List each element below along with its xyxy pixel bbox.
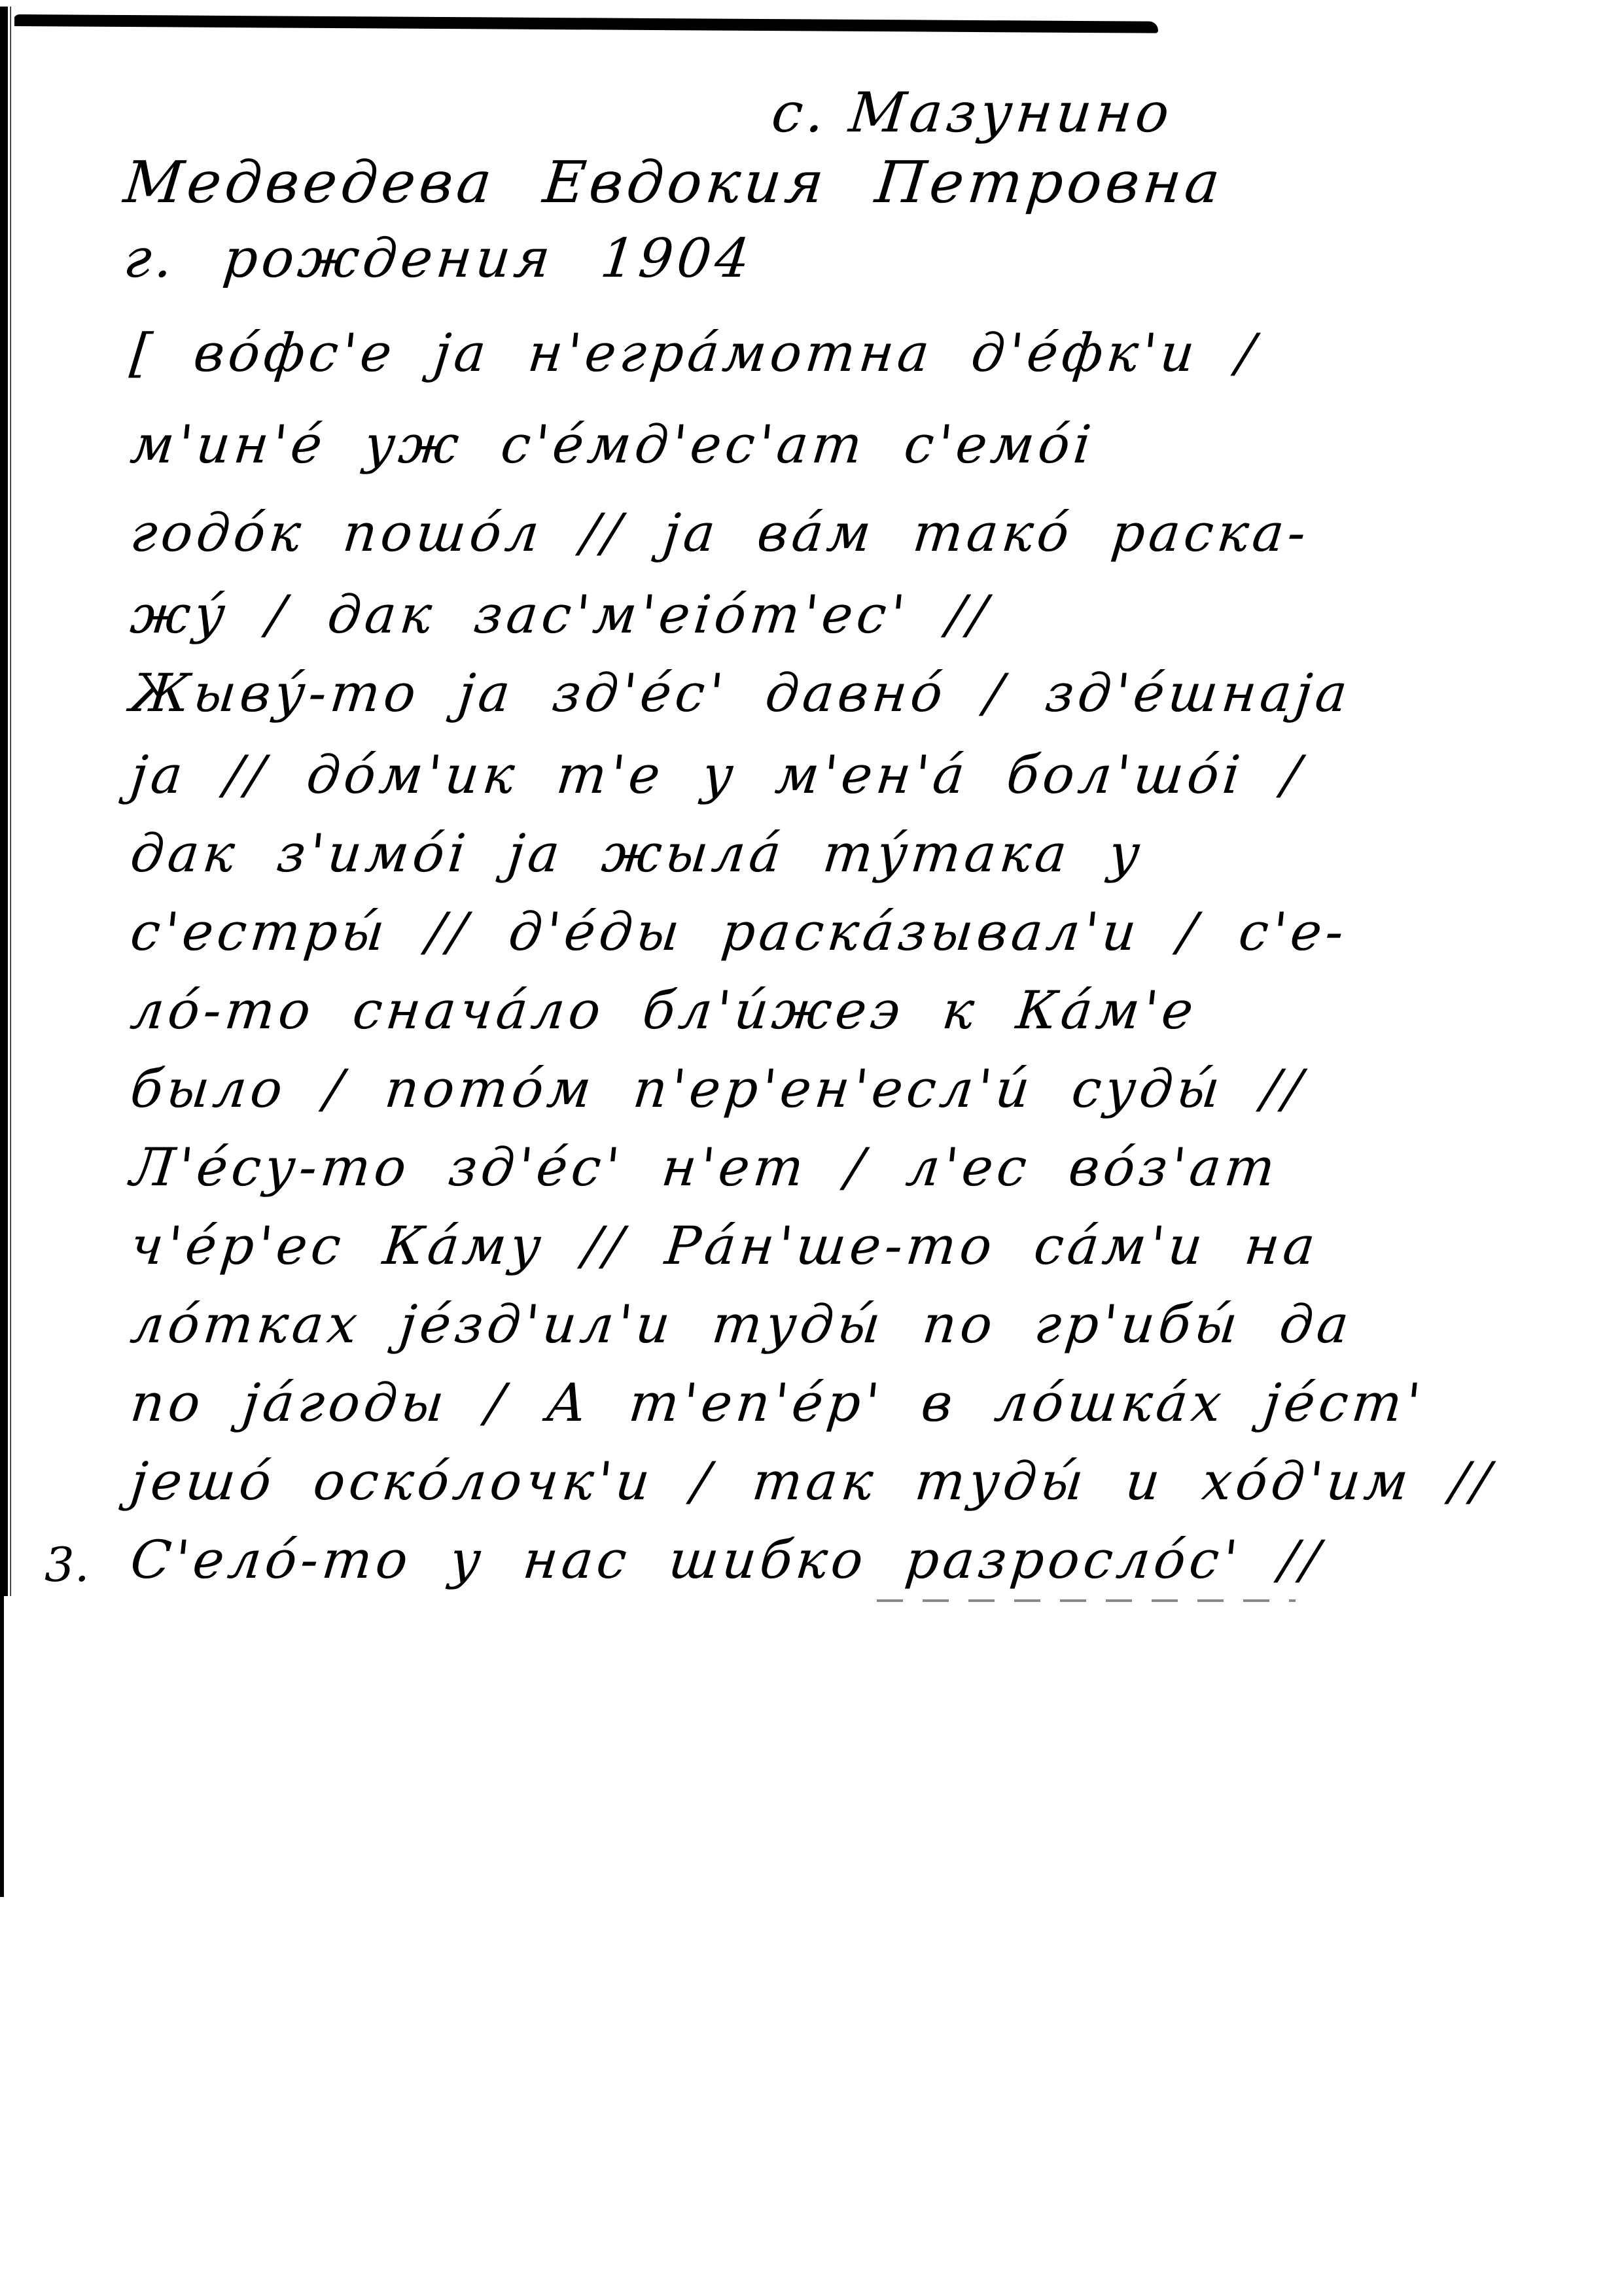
transcript-line: жу́ / дак зас'м'еіо́т'ес' // bbox=[128, 589, 993, 641]
transcript-line: Жыву́-то ја зд'е́с' давно́ / зд'е́шнаја bbox=[128, 667, 1354, 720]
transcript-line: дак з'имо́і ја жыла́ ту́така у bbox=[128, 827, 1146, 880]
transcript-line: С'ело́-то у нас шибко разросло́с' // bbox=[128, 1534, 1326, 1586]
scan-dashes bbox=[877, 1599, 1296, 1602]
transcript-line: ло́-то снача́ло бл'и́жеэ к Ка́м'е bbox=[128, 984, 1199, 1037]
scanned-page: с. Мазунино Медведева Евдокия Петровна г… bbox=[0, 0, 1607, 2296]
transcript-line: јешо́ оско́лочк'и / так туды́ и хо́д'им … bbox=[128, 1455, 1496, 1508]
transcript-line: м'ин'е́ уж с'е́мд'ес'ат с'емо́і bbox=[128, 419, 1097, 471]
transcript-line: с'естры́ // д'е́ды раска́зывал'и / с'е- bbox=[128, 906, 1350, 958]
birth-year: г. рождения 1904 bbox=[122, 232, 756, 286]
village-heading: с. Мазунино bbox=[769, 85, 1176, 140]
informant-name: Медведева Евдокия Петровна bbox=[121, 154, 1226, 211]
scan-left-edge-line bbox=[0, 1590, 4, 1897]
transcript-line: годо́к пошо́л // ја ва́м тако́ раска- bbox=[128, 507, 1312, 559]
transcript-line: [ во́фс'е ја н'егра́мотна д'е́фк'и / bbox=[128, 327, 1262, 379]
scan-top-edge-shadow bbox=[13, 14, 1158, 33]
transcript-line: ч'е́р'ес Ка́му // Ра́н'ше-то са́м'и на bbox=[128, 1220, 1321, 1272]
transcript-line: по ја́годы / А т'еп'е́р' в ло́шка́х је́с… bbox=[128, 1377, 1427, 1429]
transcript-line: ја // до́м'ик т'е у м'ен'а́ бол'шо́і / bbox=[128, 749, 1307, 801]
scan-left-edge-shadow bbox=[0, 7, 14, 1596]
transcript-line: было / пото́м п'ер'ен'есл'и́ суды́ // bbox=[128, 1063, 1308, 1115]
margin-number: 3. bbox=[44, 1537, 90, 1592]
transcript-line: Л'е́су-то зд'е́с' н'ет / л'ес во́з'ат bbox=[128, 1141, 1281, 1194]
transcript-line: ло́тках је́зд'ил'и туды́ по гр'ибы́ да bbox=[128, 1298, 1355, 1351]
